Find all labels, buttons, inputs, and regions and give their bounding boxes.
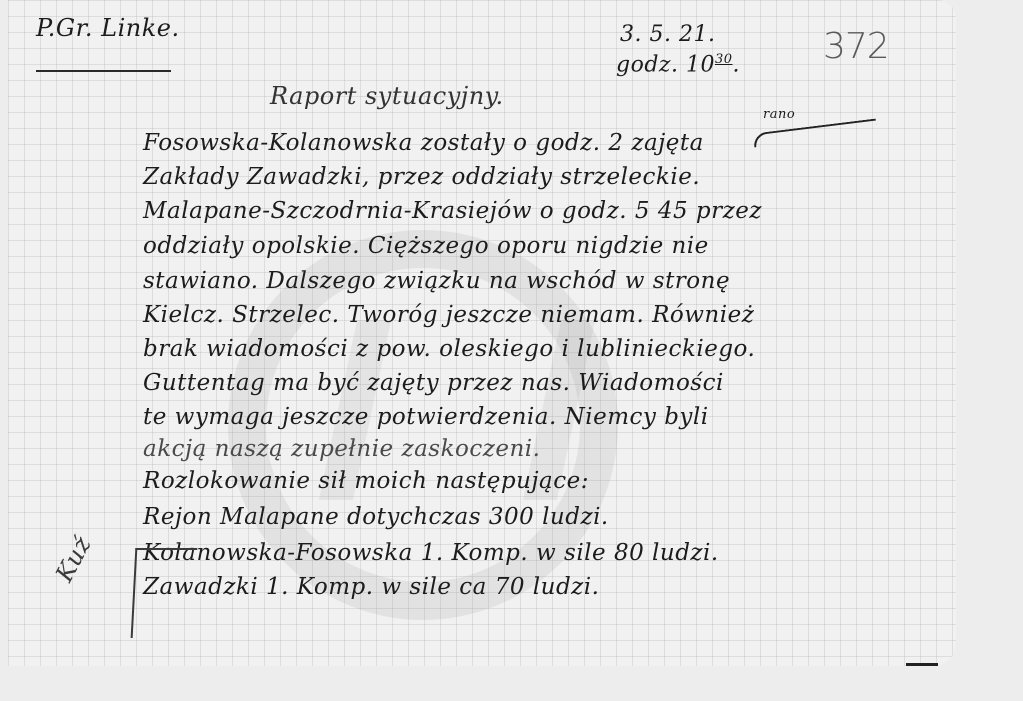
folio-number: 372 xyxy=(823,26,889,67)
body-line: Fosowska-Kolanowska zostały o godz. 2 za… xyxy=(143,130,704,156)
report-time: godz. 1030. xyxy=(616,52,740,77)
body-line: Kolanowska-Fosowska 1. Komp. w sile 80 l… xyxy=(143,540,719,566)
graph-paper-sheet: P.Gr. Linke. 3. 5. 21. godz. 1030. 372 R… xyxy=(8,0,956,666)
body-line: brak wiadomości z pow. oleskiego i lubli… xyxy=(143,336,755,362)
report-time-minutes: 30 xyxy=(715,52,733,67)
body-line: Rejon Malapane dotychczas 300 ludzi. xyxy=(143,504,609,530)
unit-heading: P.Gr. Linke. xyxy=(36,14,180,42)
body-line: Zakłady Zawadzki, przez oddziały strzele… xyxy=(143,164,700,190)
insertion-note: rano xyxy=(763,107,795,122)
page-edge-mark xyxy=(906,663,938,666)
body-line: stawiano. Dalszego związku na wschód w s… xyxy=(143,268,730,294)
margin-annotation: Kuź xyxy=(50,532,97,587)
unit-heading-underline xyxy=(36,70,171,72)
report-date: 3. 5. 21. xyxy=(620,22,715,47)
margin-bracket xyxy=(131,548,198,638)
report-title: Raport sytuacyjny. xyxy=(270,82,504,110)
body-line: Kielcz. Strzelec. Tworóg jeszcze niemam.… xyxy=(143,302,754,328)
body-line: oddziały opolskie. Cięższego oporu nigdz… xyxy=(143,233,709,259)
body-line: Guttentag ma być zajęty przez nas. Wiado… xyxy=(143,370,724,396)
scanned-document: P.Gr. Linke. 3. 5. 21. godz. 1030. 372 R… xyxy=(0,0,1023,701)
body-line: Rozlokowanie sił moich następujące: xyxy=(143,468,589,494)
body-line: akcją naszą zupełnie zaskoczeni. xyxy=(143,436,540,462)
report-time-hours: godz. 10 xyxy=(616,52,715,77)
body-line: Malapane-Szczodrnia-Krasiejów o godz. 5 … xyxy=(143,198,762,224)
body-line: te wymaga jeszcze potwierdzenia. Niemcy … xyxy=(143,404,709,430)
insertion-mark xyxy=(753,118,878,147)
body-line: Zawadzki 1. Komp. w sile ca 70 ludzi. xyxy=(143,574,599,600)
